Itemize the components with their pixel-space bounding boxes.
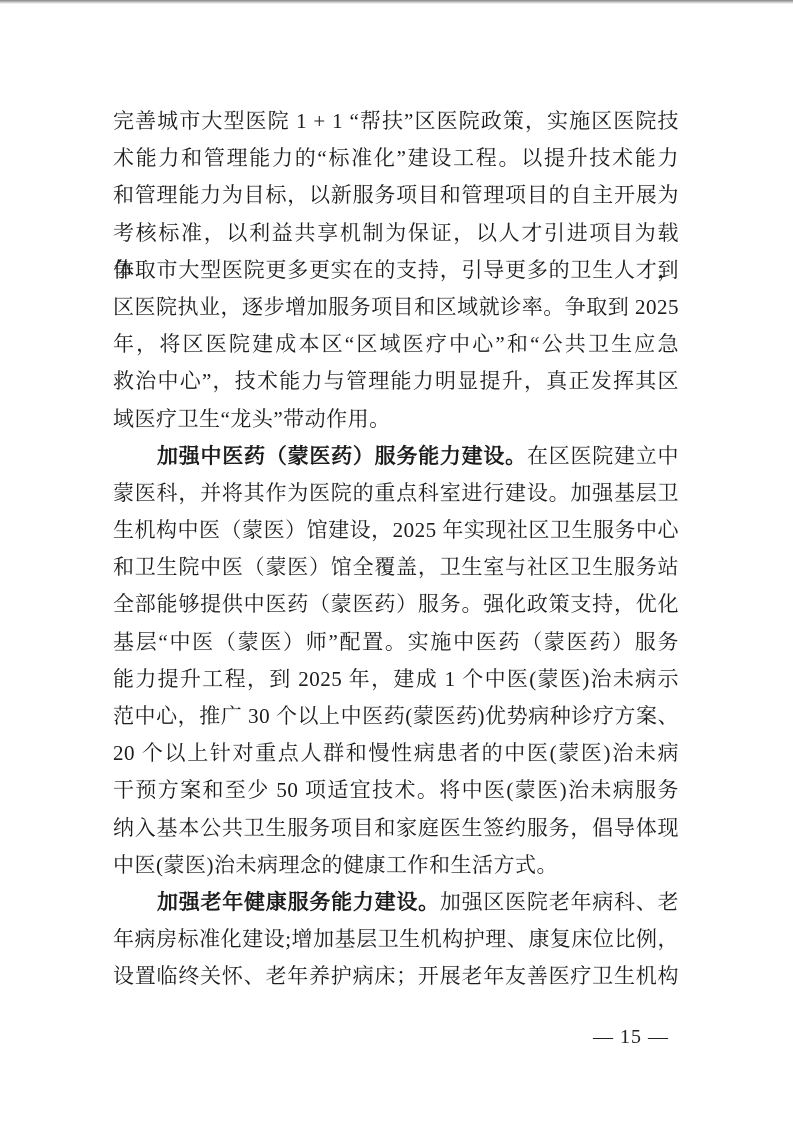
text-run: 设置临终关怀、老年养护病床；开展老年友善医疗卫生机构 <box>113 964 679 988</box>
text-line: 蒙医科，并将其作为医院的重点科室进行建设。加强基层卫 <box>113 475 679 512</box>
text-run: 术能力和管理能力的“标准化”建设工程。以提升技术能力 <box>113 146 679 170</box>
text-line: 纳入基本公共卫生服务项目和家庭医生签约服务，倡导体现 <box>113 810 679 847</box>
text-line: 全部能够提供中医药（蒙医药）服务。强化政策支持，优化 <box>113 586 679 623</box>
text-run: 蒙医科，并将其作为医院的重点科室进行建设。加强基层卫 <box>113 481 679 505</box>
text-run: 区医院执业，逐步增加服务项目和区域就诊率。争取到 2025 <box>113 295 679 319</box>
text-run: 救治中心”，技术能力与管理能力明显提升，真正发挥其区 <box>113 369 679 393</box>
text-line: 基层“中医（蒙医）师”配置。实施中医药（蒙医药）服务 <box>113 624 679 661</box>
text-run: 和卫生院中医（蒙医）馆全覆盖，卫生室与社区卫生服务站 <box>113 555 679 579</box>
text-line: 救治中心”，技术能力与管理能力明显提升，真正发挥其区 <box>113 363 679 400</box>
text-run: 完善城市大型医院 1 + 1 “帮扶”区医院政策，实施区医院技 <box>113 109 679 133</box>
paragraph-heading: 加强老年健康服务能力建设。 <box>157 891 440 914</box>
text-run: 全部能够提供中医药（蒙医药）服务。强化政策支持，优化 <box>113 592 679 616</box>
text-line: 中医(蒙医)治未病理念的健康工作和生活方式。 <box>113 847 679 884</box>
text-line: 干预方案和至少 50 项适宜技术。将中医(蒙医)治未病服务 <box>113 772 679 809</box>
text-line: 术能力和管理能力的“标准化”建设工程。以提升技术能力 <box>113 140 679 177</box>
text-run: 年，将区医院建成本区“区域医疗中心”和“公共卫生应急 <box>113 332 679 356</box>
text-line: 完善城市大型医院 1 + 1 “帮扶”区医院政策，实施区医院技 <box>113 103 679 140</box>
document-text: 完善城市大型医院 1 + 1 “帮扶”区医院政策，实施区医院技术能力和管理能力的… <box>113 103 679 996</box>
text-line: 考核标准，以利益共享机制为保证，以人才引进项目为载体， <box>113 215 679 252</box>
text-line: 加强中医药（蒙医药）服务能力建设。在区医院建立中 <box>113 438 679 475</box>
text-run: 干预方案和至少 50 项适宜技术。将中医(蒙医)治未病服务 <box>113 778 679 802</box>
text-line: 和管理能力为目标，以新服务项目和管理项目的自主开展为 <box>113 177 679 214</box>
text-line: 和卫生院中医（蒙医）馆全覆盖，卫生室与社区卫生服务站 <box>113 549 679 586</box>
text-line: 年病房标准化建设;增加基层卫生机构护理、康复床位比例， <box>113 921 679 958</box>
text-run: 在区医院建立中 <box>527 444 679 468</box>
text-line: 区医院执业，逐步增加服务项目和区域就诊率。争取到 2025 <box>113 289 679 326</box>
scan-edge-artifact <box>0 0 793 4</box>
paragraph-heading: 加强中医药（蒙医药）服务能力建设。 <box>157 445 527 468</box>
text-line: 范中心，推广 30 个以上中医药(蒙医药)优势病种诊疗方案、 <box>113 698 679 735</box>
text-run: 能力提升工程，到 2025 年，建成 1 个中医(蒙医)治未病示 <box>113 667 679 691</box>
text-run: 纳入基本公共卫生服务项目和家庭医生签约服务，倡导体现 <box>113 816 679 840</box>
text-run: 年病房标准化建设;增加基层卫生机构护理、康复床位比例， <box>113 927 679 951</box>
text-run: 范中心，推广 30 个以上中医药(蒙医药)优势病种诊疗方案、 <box>113 704 679 728</box>
text-run: 争取市大型医院更多更实在的支持，引导更多的卫生人才到 <box>113 258 679 282</box>
text-line: 能力提升工程，到 2025 年，建成 1 个中医(蒙医)治未病示 <box>113 661 679 698</box>
page-number: — 15 — <box>113 1024 679 1050</box>
text-run: 域医疗卫生“龙头”带动作用。 <box>113 407 391 431</box>
text-run: 生机构中医（蒙医）馆建设，2025 年实现社区卫生服务中心 <box>113 518 679 542</box>
document-page: 完善城市大型医院 1 + 1 “帮扶”区医院政策，实施区医院技术能力和管理能力的… <box>0 0 793 1122</box>
text-line: 设置临终关怀、老年养护病床；开展老年友善医疗卫生机构 <box>113 958 679 995</box>
text-line: 20 个以上针对重点人群和慢性病患者的中医(蒙医)治未病 <box>113 735 679 772</box>
text-run: 和管理能力为目标，以新服务项目和管理项目的自主开展为 <box>113 183 679 207</box>
text-run: 中医(蒙医)治未病理念的健康工作和生活方式。 <box>113 853 558 877</box>
text-run: 基层“中医（蒙医）师”配置。实施中医药（蒙医药）服务 <box>113 630 679 654</box>
text-line: 争取市大型医院更多更实在的支持，引导更多的卫生人才到 <box>113 252 679 289</box>
text-run: 20 个以上针对重点人群和慢性病患者的中医(蒙医)治未病 <box>113 741 679 765</box>
text-run: 加强区医院老年病科、老 <box>440 890 679 914</box>
text-line: 生机构中医（蒙医）馆建设，2025 年实现社区卫生服务中心 <box>113 512 679 549</box>
text-line: 年，将区医院建成本区“区域医疗中心”和“公共卫生应急 <box>113 326 679 363</box>
text-line: 域医疗卫生“龙头”带动作用。 <box>113 401 679 438</box>
text-line: 加强老年健康服务能力建设。加强区医院老年病科、老 <box>113 884 679 921</box>
